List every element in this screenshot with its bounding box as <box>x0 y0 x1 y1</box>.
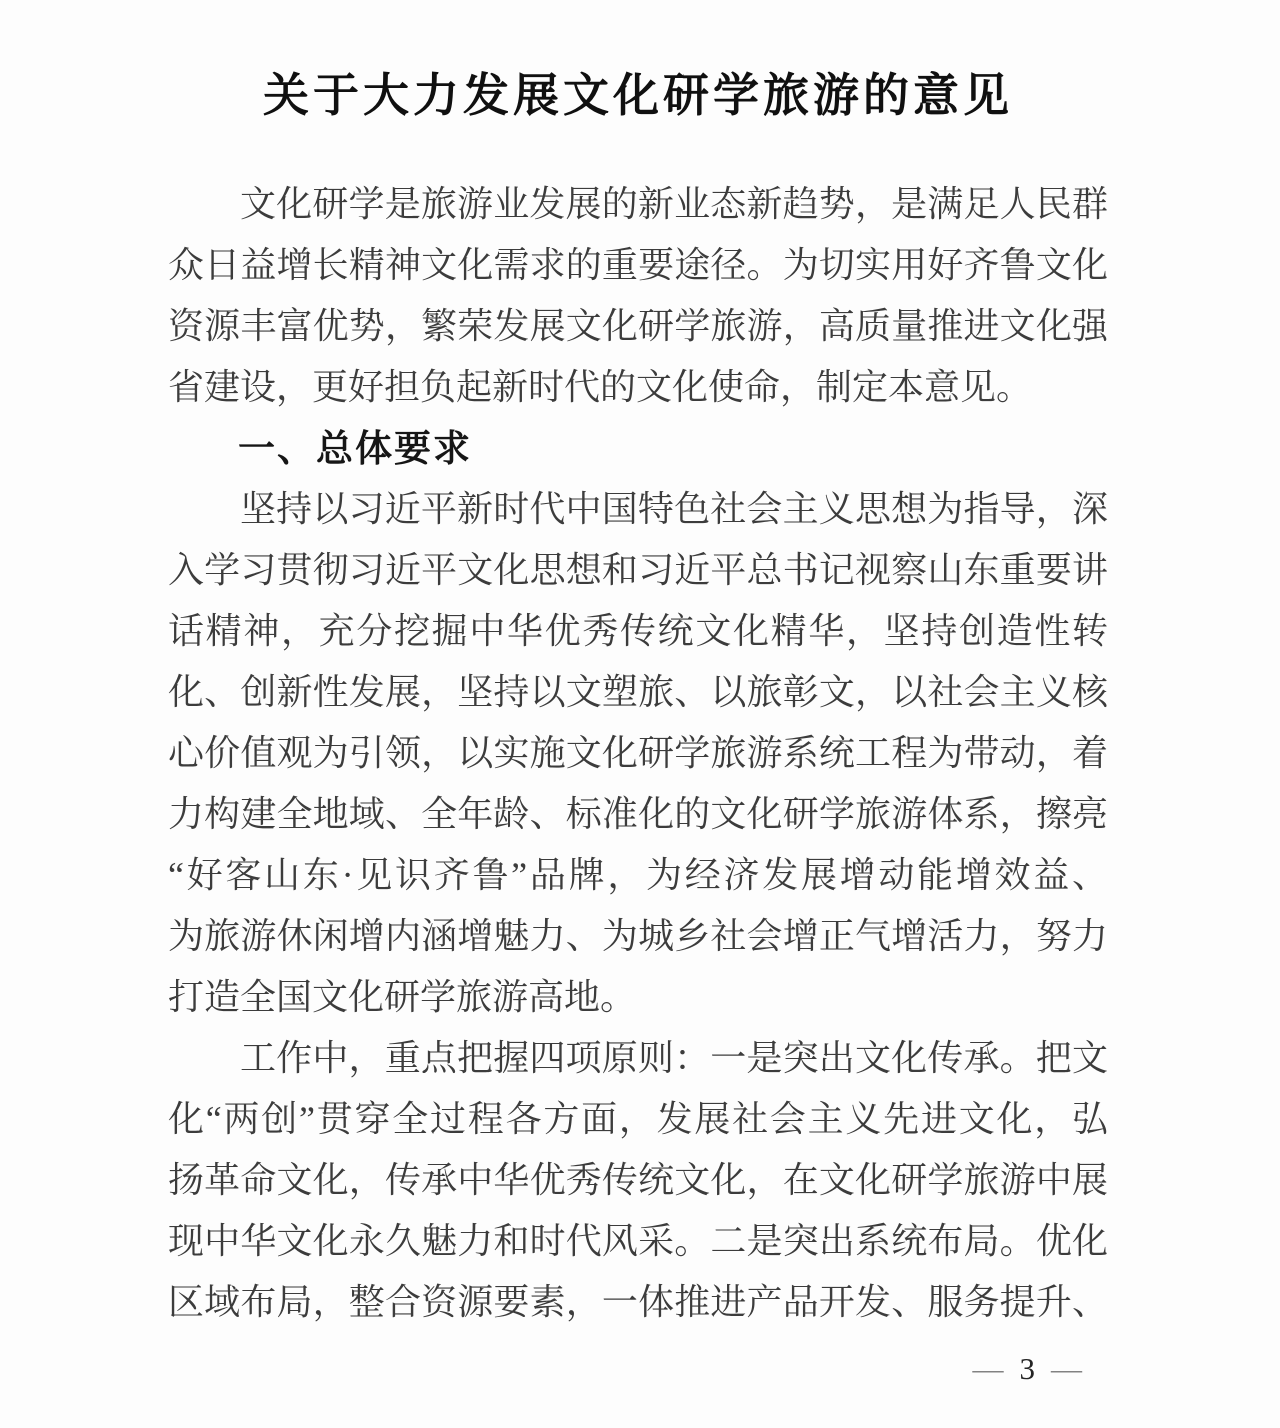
text-line: 化“两创”贯穿全过程各方面，发展社会主义先进文化，弘 <box>168 1089 1108 1150</box>
document-content: 关于大力发展文化研学旅游的意见 文化研学是旅游业发展的新业态新趋势，是满足人民群… <box>0 0 1280 1333</box>
text-line: 扬革命文化，传承中华优秀传统文化，在文化研学旅游中展 <box>168 1150 1108 1211</box>
document-page: 关于大力发展文化研学旅游的意见 文化研学是旅游业发展的新业态新趋势，是满足人民群… <box>0 0 1280 1428</box>
text-line: 省建设，更好担负起新时代的文化使命，制定本意见。 <box>168 357 1108 418</box>
text-line: 区域布局，整合资源要素，一体推进产品开发、服务提升、 <box>168 1272 1108 1333</box>
text-line: 入学习贯彻习近平文化思想和习近平总书记视察山东重要讲 <box>168 540 1108 601</box>
text-line: 为旅游休闲增内涵增魅力、为城乡社会增正气增活力，努力 <box>168 906 1108 967</box>
footer-dash-right: — <box>1051 1351 1082 1386</box>
text-line: 众日益增长精神文化需求的重要途径。为切实用好齐鲁文化 <box>168 235 1108 296</box>
section-heading: 一、总体要求 <box>168 418 1108 479</box>
page-number: 3 <box>1020 1351 1036 1386</box>
text-line: 工作中，重点把握四项原则：一是突出文化传承。把文 <box>168 1028 1108 1089</box>
paragraph-block: 工作中，重点把握四项原则：一是突出文化传承。把文化“两创”贯穿全过程各方面，发展… <box>168 1028 1108 1333</box>
paragraph-block: 文化研学是旅游业发展的新业态新趋势，是满足人民群众日益增长精神文化需求的重要途径… <box>168 174 1108 418</box>
paragraph-block: 坚持以习近平新时代中国特色社会主义思想为指导，深入学习贯彻习近平文化思想和习近平… <box>168 479 1108 1028</box>
footer-dash-left: — <box>973 1351 1004 1386</box>
text-line: 资源丰富优势，繁荣发展文化研学旅游，高质量推进文化强 <box>168 296 1108 357</box>
text-line: 坚持以习近平新时代中国特色社会主义思想为指导，深 <box>168 479 1108 540</box>
text-line: 打造全国文化研学旅游高地。 <box>168 967 1108 1028</box>
text-line: 化、创新性发展，坚持以文塑旅、以旅彰文，以社会主义核 <box>168 662 1108 723</box>
document-body: 文化研学是旅游业发展的新业态新趋势，是满足人民群众日益增长精神文化需求的重要途径… <box>168 174 1108 1333</box>
text-line: 现中华文化永久魅力和时代风采。二是突出系统布局。优化 <box>168 1211 1108 1272</box>
text-line: 心价值观为引领，以实施文化研学旅游系统工程为带动，着 <box>168 723 1108 784</box>
text-line: 力构建全地域、全年龄、标准化的文化研学旅游体系，擦亮 <box>168 784 1108 845</box>
text-line: 话精神，充分挖掘中华优秀传统文化精华，坚持创造性转 <box>168 601 1108 662</box>
text-line: 文化研学是旅游业发展的新业态新趋势，是满足人民群 <box>168 174 1108 235</box>
document-title: 关于大力发展文化研学旅游的意见 <box>168 64 1108 128</box>
section-heading-block: 一、总体要求 <box>168 418 1108 479</box>
page-number-footer: —3— <box>957 1352 1099 1386</box>
text-line: “好客山东·见识齐鲁”品牌，为经济发展增动能增效益、 <box>168 845 1108 906</box>
